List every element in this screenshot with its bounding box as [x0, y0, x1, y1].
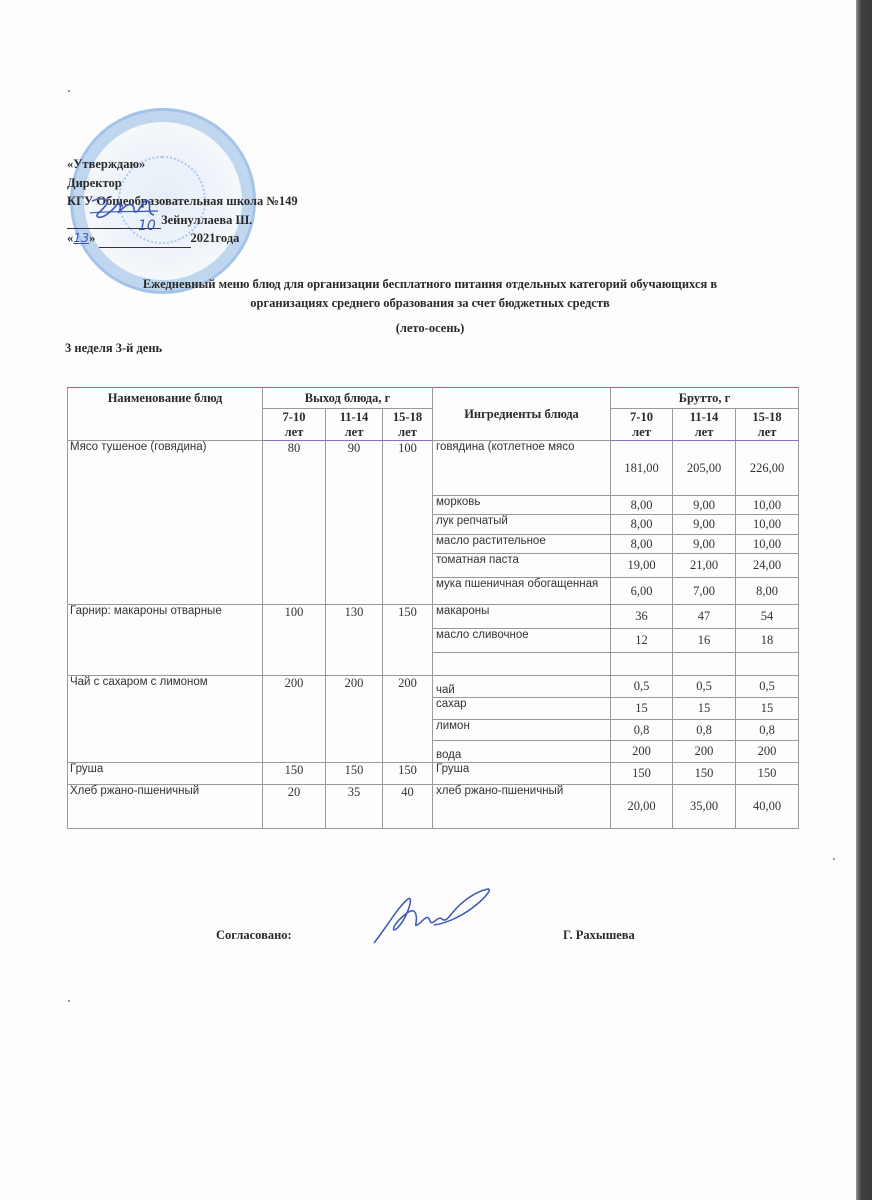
ingredient-gross: 150: [673, 763, 736, 785]
week-day-label: 3 неделя 3-й день: [65, 341, 162, 356]
table-row: Груша150150150Груша150150150: [68, 763, 799, 785]
age-range: 7-10: [614, 410, 669, 425]
ingredient-gross: 200: [673, 741, 736, 763]
dish-yield: 200: [263, 676, 326, 763]
ingredient-gross: 40,00: [736, 785, 799, 829]
header-gross: Брутто, г: [611, 388, 799, 409]
ingredient-name: макароны: [433, 605, 611, 629]
director-position: Директор: [67, 174, 298, 193]
ingredient-name: томатная паста: [433, 554, 611, 578]
title-line-2: организациях среднего образования за сче…: [80, 294, 780, 313]
table-row: Хлеб ржано-пшеничный203540хлеб ржано-пше…: [68, 785, 799, 829]
ingredient-gross: [736, 653, 799, 676]
ingredient-name: чай: [433, 676, 611, 698]
ingredient-gross: [673, 653, 736, 676]
ingredient-gross: 0,5: [673, 676, 736, 698]
dish-yield: 40: [383, 785, 433, 829]
dish-yield: 200: [383, 676, 433, 763]
ingredient-name: вода: [433, 741, 611, 763]
age-range: 15-18: [739, 410, 795, 425]
age-unit: лет: [614, 425, 669, 440]
ingredient-gross: 150: [611, 763, 673, 785]
scan-edge: [856, 0, 872, 1200]
dish-yield: 90: [326, 441, 383, 605]
ingredient-name: лимон: [433, 720, 611, 741]
age-range: 11-14: [676, 410, 732, 425]
yield-age-7-10: 7-10лет: [263, 409, 326, 441]
ingredient-gross: 205,00: [673, 441, 736, 496]
ingredient-name: говядина (котлетное мясо: [433, 441, 611, 496]
ingredient-gross: 8,00: [611, 535, 673, 554]
ingredient-gross: 10,00: [736, 515, 799, 535]
ingredient-gross: 0,8: [673, 720, 736, 741]
table-row: Гарнир: макароны отварные100130150макаро…: [68, 605, 799, 629]
dish-yield: 150: [383, 763, 433, 785]
ingredient-name: лук репчатый: [433, 515, 611, 535]
director-signature-icon: [88, 195, 160, 221]
ingredient-gross: 18: [736, 629, 799, 653]
dish-yield: 100: [263, 605, 326, 676]
dish-yield: 80: [263, 441, 326, 605]
scan-speck: [68, 1000, 70, 1002]
title-line-1: Ежедневный меню блюд для организации бес…: [80, 275, 780, 294]
ingredient-gross: 24,00: [736, 554, 799, 578]
header-yield: Выход блюда, г: [263, 388, 433, 409]
ingredient-gross: 10,00: [736, 496, 799, 515]
agreed-label: Согласовано:: [216, 928, 292, 943]
table-row: Чай с сахаром с лимоном200200200чай0,50,…: [68, 676, 799, 698]
gross-age-7-10: 7-10лет: [611, 409, 673, 441]
dish-yield: 150: [263, 763, 326, 785]
agreed-person-name: Г. Рахышева: [563, 928, 635, 943]
age-range: 15-18: [386, 410, 429, 425]
approval-date: «13» 2021года: [67, 229, 298, 248]
ingredient-gross: 9,00: [673, 535, 736, 554]
ingredient-gross: 200: [611, 741, 673, 763]
ingredient-gross: 8,00: [611, 496, 673, 515]
date-day: 13: [73, 230, 89, 245]
ingredient-gross: 10,00: [736, 535, 799, 554]
ingredient-gross: 21,00: [673, 554, 736, 578]
ingredient-gross: 6,00: [611, 578, 673, 605]
ingredient-gross: 19,00: [611, 554, 673, 578]
scan-speck: [68, 90, 70, 92]
age-unit: лет: [386, 425, 429, 440]
ingredient-gross: 15: [611, 698, 673, 720]
dish-yield: 150: [326, 763, 383, 785]
ingredient-gross: 36: [611, 605, 673, 629]
dish-yield: 35: [326, 785, 383, 829]
yield-age-15-18: 15-18лет: [383, 409, 433, 441]
ingredient-gross: 47: [673, 605, 736, 629]
dish-yield: 100: [383, 441, 433, 605]
ingredient-gross: 8,00: [611, 515, 673, 535]
dish-name: Чай с сахаром с лимоном: [68, 676, 263, 763]
age-range: 11-14: [329, 410, 379, 425]
ingredient-gross: 20,00: [611, 785, 673, 829]
gross-age-15-18: 15-18лет: [736, 409, 799, 441]
director-name: Зейнуллаева Ш.: [161, 213, 252, 227]
ingredient-gross: 7,00: [673, 578, 736, 605]
ingredient-name: [433, 653, 611, 676]
ingredient-gross: 54: [736, 605, 799, 629]
ingredient-name: сахар: [433, 698, 611, 720]
dish-name: Хлеб ржано-пшеничный: [68, 785, 263, 829]
age-unit: лет: [266, 425, 322, 440]
ingredient-gross: 200: [736, 741, 799, 763]
approve-label: «Утверждаю»: [67, 155, 298, 174]
date-year: 2021года: [191, 231, 240, 245]
yield-age-11-14: 11-14лет: [326, 409, 383, 441]
ingredient-name: масло сливочное: [433, 629, 611, 653]
menu-table: Наименование блюд Выход блюда, г Ингреди…: [67, 387, 799, 829]
dish-name: Мясо тушеное (говядина): [68, 441, 263, 605]
ingredient-name: масло растительное: [433, 535, 611, 554]
date-month-line: [99, 247, 191, 248]
ingredient-gross: 226,00: [736, 441, 799, 496]
header-ingredients: Ингредиенты блюда: [433, 388, 611, 441]
dish-name: Гарнир: макароны отварные: [68, 605, 263, 676]
age-unit: лет: [329, 425, 379, 440]
dish-yield: 130: [326, 605, 383, 676]
ingredient-gross: 9,00: [673, 515, 736, 535]
date-quote-close: »: [89, 231, 95, 245]
ingredient-name: морковь: [433, 496, 611, 515]
ingredient-gross: 8,00: [736, 578, 799, 605]
document-title: Ежедневный меню блюд для организации бес…: [80, 275, 780, 313]
dish-yield: 200: [326, 676, 383, 763]
ingredient-gross: 0,5: [736, 676, 799, 698]
ingredient-gross: [611, 653, 673, 676]
ingredient-name: хлеб ржано-пшеничный: [433, 785, 611, 829]
ingredient-name: Груша: [433, 763, 611, 785]
dish-yield: 20: [263, 785, 326, 829]
agreed-signature-icon: [368, 885, 498, 947]
gross-age-11-14: 11-14лет: [673, 409, 736, 441]
age-unit: лет: [676, 425, 732, 440]
ingredient-gross: 16: [673, 629, 736, 653]
season-label: (лето-осень): [80, 321, 780, 336]
ingredient-gross: 0,5: [611, 676, 673, 698]
dish-yield: 150: [383, 605, 433, 676]
ingredient-gross: 150: [736, 763, 799, 785]
table-row: Мясо тушеное (говядина)8090100говядина (…: [68, 441, 799, 496]
header-dish-name: Наименование блюд: [68, 388, 263, 441]
ingredient-gross: 12: [611, 629, 673, 653]
ingredient-gross: 181,00: [611, 441, 673, 496]
ingredient-gross: 15: [736, 698, 799, 720]
dish-name: Груша: [68, 763, 263, 785]
ingredient-gross: 0,8: [736, 720, 799, 741]
age-unit: лет: [739, 425, 795, 440]
ingredient-gross: 35,00: [673, 785, 736, 829]
ingredient-gross: 0,8: [611, 720, 673, 741]
ingredient-gross: 15: [673, 698, 736, 720]
age-range: 7-10: [266, 410, 322, 425]
ingredient-name: мука пшеничная обогащенная: [433, 578, 611, 605]
scan-speck: [833, 858, 835, 860]
ingredient-gross: 9,00: [673, 496, 736, 515]
